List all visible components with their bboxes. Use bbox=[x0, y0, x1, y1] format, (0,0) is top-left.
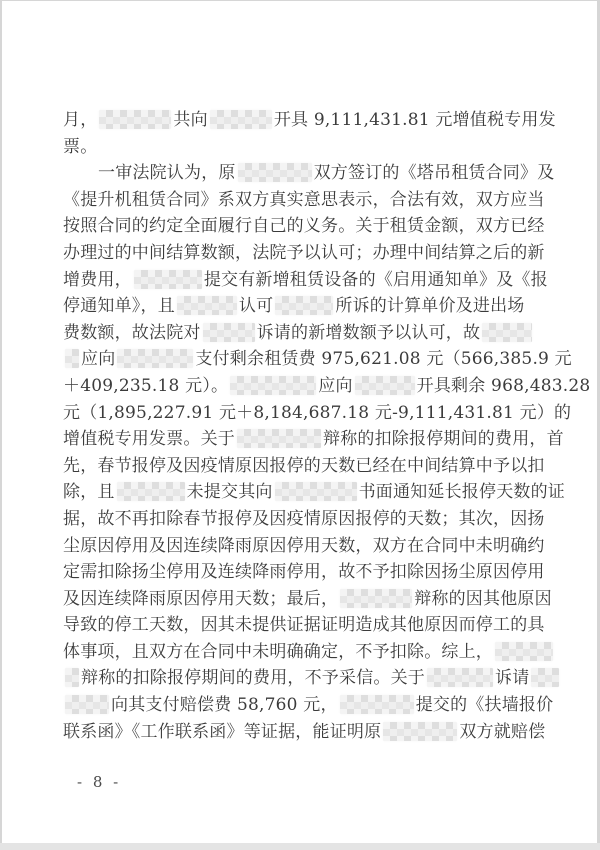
text-segment: 费数额，故法院对 bbox=[63, 323, 201, 343]
text-segment: 开具 9,111,431.81 元增值税专用发 bbox=[274, 110, 556, 130]
redaction-block bbox=[99, 110, 171, 129]
text-segment: 《提升机租赁合同》系双方真实意思表示，合法有效，双方应当 bbox=[63, 190, 545, 210]
text-segment: 开具剩余 968,483.28 bbox=[417, 376, 591, 396]
text-segment: 增值税专用发票。关于 bbox=[63, 429, 235, 449]
text-line: 《提升机租赁合同》系双方真实意思表示，合法有效，双方应当 bbox=[63, 187, 539, 214]
text-segment: 共向 bbox=[173, 110, 207, 130]
redaction-block bbox=[117, 349, 193, 368]
text-segment: 应向 bbox=[318, 376, 352, 396]
text-line: 定需扣除扬尘停用及连续降雨停用，故不予扣除因扬尘原因停用 bbox=[63, 559, 539, 586]
redaction-block bbox=[482, 323, 532, 342]
text-line: 除，且未提交其向书面通知延长报停天数的证 bbox=[63, 479, 539, 506]
text-line: 元（1,895,227.91 元＋8,184,687.18 元-9,111,43… bbox=[63, 400, 539, 427]
text-line: 先，春节报停及因疫情原因报停的天数已经在中间结算中予以扣 bbox=[63, 453, 539, 480]
redaction-block bbox=[340, 589, 412, 608]
text-line: 增值税专用发票。关于辩称的扣除报停期间的费用，首 bbox=[63, 426, 539, 453]
page-edge-bottom bbox=[0, 843, 600, 850]
text-segment: 除，且 bbox=[63, 482, 115, 502]
text-segment: 所诉的计算单价及进出场 bbox=[335, 296, 524, 316]
text-line: 向其支付赔偿费 58,760 元，提交的《扶墙报价 bbox=[63, 692, 539, 719]
redaction-block bbox=[275, 296, 333, 315]
redaction-block bbox=[237, 429, 321, 448]
text-segment: 体事项，且双方在合同中未明确确定，不予扣除。综上， bbox=[63, 642, 493, 662]
text-segment: 及因连续降雨原因停用天数；最后， bbox=[63, 589, 338, 609]
redaction-block bbox=[275, 482, 357, 501]
text-segment: 认可 bbox=[239, 296, 273, 316]
document-lines: 月，共向开具 9,111,431.81 元增值税专用发票。一审法院认为，原双方签… bbox=[63, 107, 539, 745]
redaction-block bbox=[427, 668, 493, 687]
redaction-block bbox=[177, 296, 237, 315]
text-segment: 辩称的扣除报停期间的费用，首 bbox=[323, 429, 564, 449]
text-line: 尘原因停用及因连续降雨原因停用天数，双方在合同中未明确约 bbox=[63, 533, 539, 560]
text-segment: 先，春节报停及因疫情原因报停的天数已经在中间结算中予以扣 bbox=[63, 456, 545, 476]
page-edge-top bbox=[0, 0, 600, 1]
text-line: 按照合同的约定全面履行自己的义务。关于租赁金额，双方已经 bbox=[63, 213, 539, 240]
text-line: 联系函》《工作联系函》等证据，能证明原双方就赔偿 bbox=[63, 719, 539, 746]
text-line: 一审法院认为，原双方签订的《塔吊租赁合同》及 bbox=[63, 160, 539, 187]
text-line: 费数额，故法院对诉请的新增数额予以认可，故 bbox=[63, 320, 539, 347]
scanned-document-page: 月，共向开具 9,111,431.81 元增值税专用发票。一审法院认为，原双方签… bbox=[0, 0, 600, 850]
text-segment: 提交有新增租赁设备的《启用通知单》及《报 bbox=[204, 270, 548, 290]
text-line: 导致的停工天数，因其未提供证据证明造成其他原因而停工的具 bbox=[63, 612, 539, 639]
text-segment: 按照合同的约定全面履行自己的义务。关于租赁金额，双方已经 bbox=[63, 216, 545, 236]
redaction-block bbox=[65, 695, 109, 714]
redaction-block bbox=[495, 642, 553, 661]
text-segment: 支付剩余租赁费 975,621.08 元（566,385.9 元 bbox=[195, 349, 571, 369]
text-segment: 据，故不再扣除春节报停及因疫情原因报停的天数；其次，因扬 bbox=[63, 509, 545, 529]
redaction-block bbox=[230, 376, 316, 395]
text-segment: 双方就赔偿 bbox=[459, 722, 545, 742]
redaction-block bbox=[203, 323, 255, 342]
text-line: 月，共向开具 9,111,431.81 元增值税专用发 bbox=[63, 107, 539, 134]
redaction-block bbox=[210, 110, 272, 129]
text-line: ＋409,235.18 元）。应向开具剩余 968,483.28 bbox=[63, 373, 539, 400]
text-segment: 票。 bbox=[63, 137, 97, 157]
redaction-block bbox=[65, 668, 79, 687]
text-segment: 辩称的因其他原因 bbox=[414, 589, 552, 609]
page-number: - 8 - bbox=[77, 774, 121, 791]
redaction-block bbox=[383, 722, 457, 741]
text-segment: 联系函》《工作联系函》等证据，能证明原 bbox=[63, 722, 381, 742]
text-line: 及因连续降雨原因停用天数；最后，辩称的因其他原因 bbox=[63, 586, 539, 613]
text-line: 票。 bbox=[63, 134, 539, 161]
text-segment: 书面通知延长报停天数的证 bbox=[359, 482, 565, 502]
redaction-block bbox=[134, 270, 202, 289]
text-segment: 未提交其向 bbox=[187, 482, 273, 502]
text-segment: ＋409,235.18 元）。 bbox=[63, 376, 228, 396]
text-line: 据，故不再扣除春节报停及因疫情原因报停的天数；其次，因扬 bbox=[63, 506, 539, 533]
text-segment: 元（1,895,227.91 元＋8,184,687.18 元-9,111,43… bbox=[63, 403, 571, 423]
redaction-block bbox=[355, 376, 415, 395]
text-segment: 导致的停工天数，因其未提供证据证明造成其他原因而停工的具 bbox=[63, 615, 545, 635]
page-edge-left bbox=[0, 0, 2, 850]
text-line: 应向支付剩余租赁费 975,621.08 元（566,385.9 元 bbox=[63, 346, 539, 373]
text-segment: 提交的《扶墙报价 bbox=[416, 695, 554, 715]
redaction-block bbox=[65, 349, 79, 368]
text-segment: 诉请的新增数额予以认可，故 bbox=[257, 323, 481, 343]
text-line: 增费用，提交有新增租赁设备的《启用通知单》及《报 bbox=[63, 267, 539, 294]
text-segment: 增费用， bbox=[63, 270, 132, 290]
text-segment: 一审法院认为，原 bbox=[98, 163, 236, 183]
text-segment: 停通知单》，且 bbox=[63, 296, 175, 316]
text-segment: 月， bbox=[63, 110, 97, 130]
redaction-block bbox=[238, 163, 312, 182]
text-line: 办理过的中间结算数额，法院予以认可；办理中间结算之后的新 bbox=[63, 240, 539, 267]
text-segment: 向其支付赔偿费 58,760 元， bbox=[111, 695, 338, 715]
text-line: 体事项，且双方在合同中未明确确定，不予扣除。综上， bbox=[63, 639, 539, 666]
text-segment: 应向 bbox=[81, 349, 115, 369]
redaction-block bbox=[531, 668, 559, 687]
text-line: 辩称的扣除报停期间的费用，不予采信。关于诉请 bbox=[63, 665, 539, 692]
text-segment: 定需扣除扬尘停用及连续降雨停用，故不予扣除因扬尘原因停用 bbox=[63, 562, 545, 582]
text-segment: 双方签订的《塔吊租赁合同》及 bbox=[314, 163, 555, 183]
redaction-block bbox=[117, 482, 185, 501]
text-segment: 诉请 bbox=[495, 668, 529, 688]
text-segment: 办理过的中间结算数额，法院予以认可；办理中间结算之后的新 bbox=[63, 243, 545, 263]
text-segment: 辩称的扣除报停期间的费用，不予采信。关于 bbox=[81, 668, 425, 688]
text-segment: 尘原因停用及因连续降雨原因停用天数，双方在合同中未明确约 bbox=[63, 536, 545, 556]
text-line: 停通知单》，且认可所诉的计算单价及进出场 bbox=[63, 293, 539, 320]
redaction-block bbox=[340, 695, 414, 714]
